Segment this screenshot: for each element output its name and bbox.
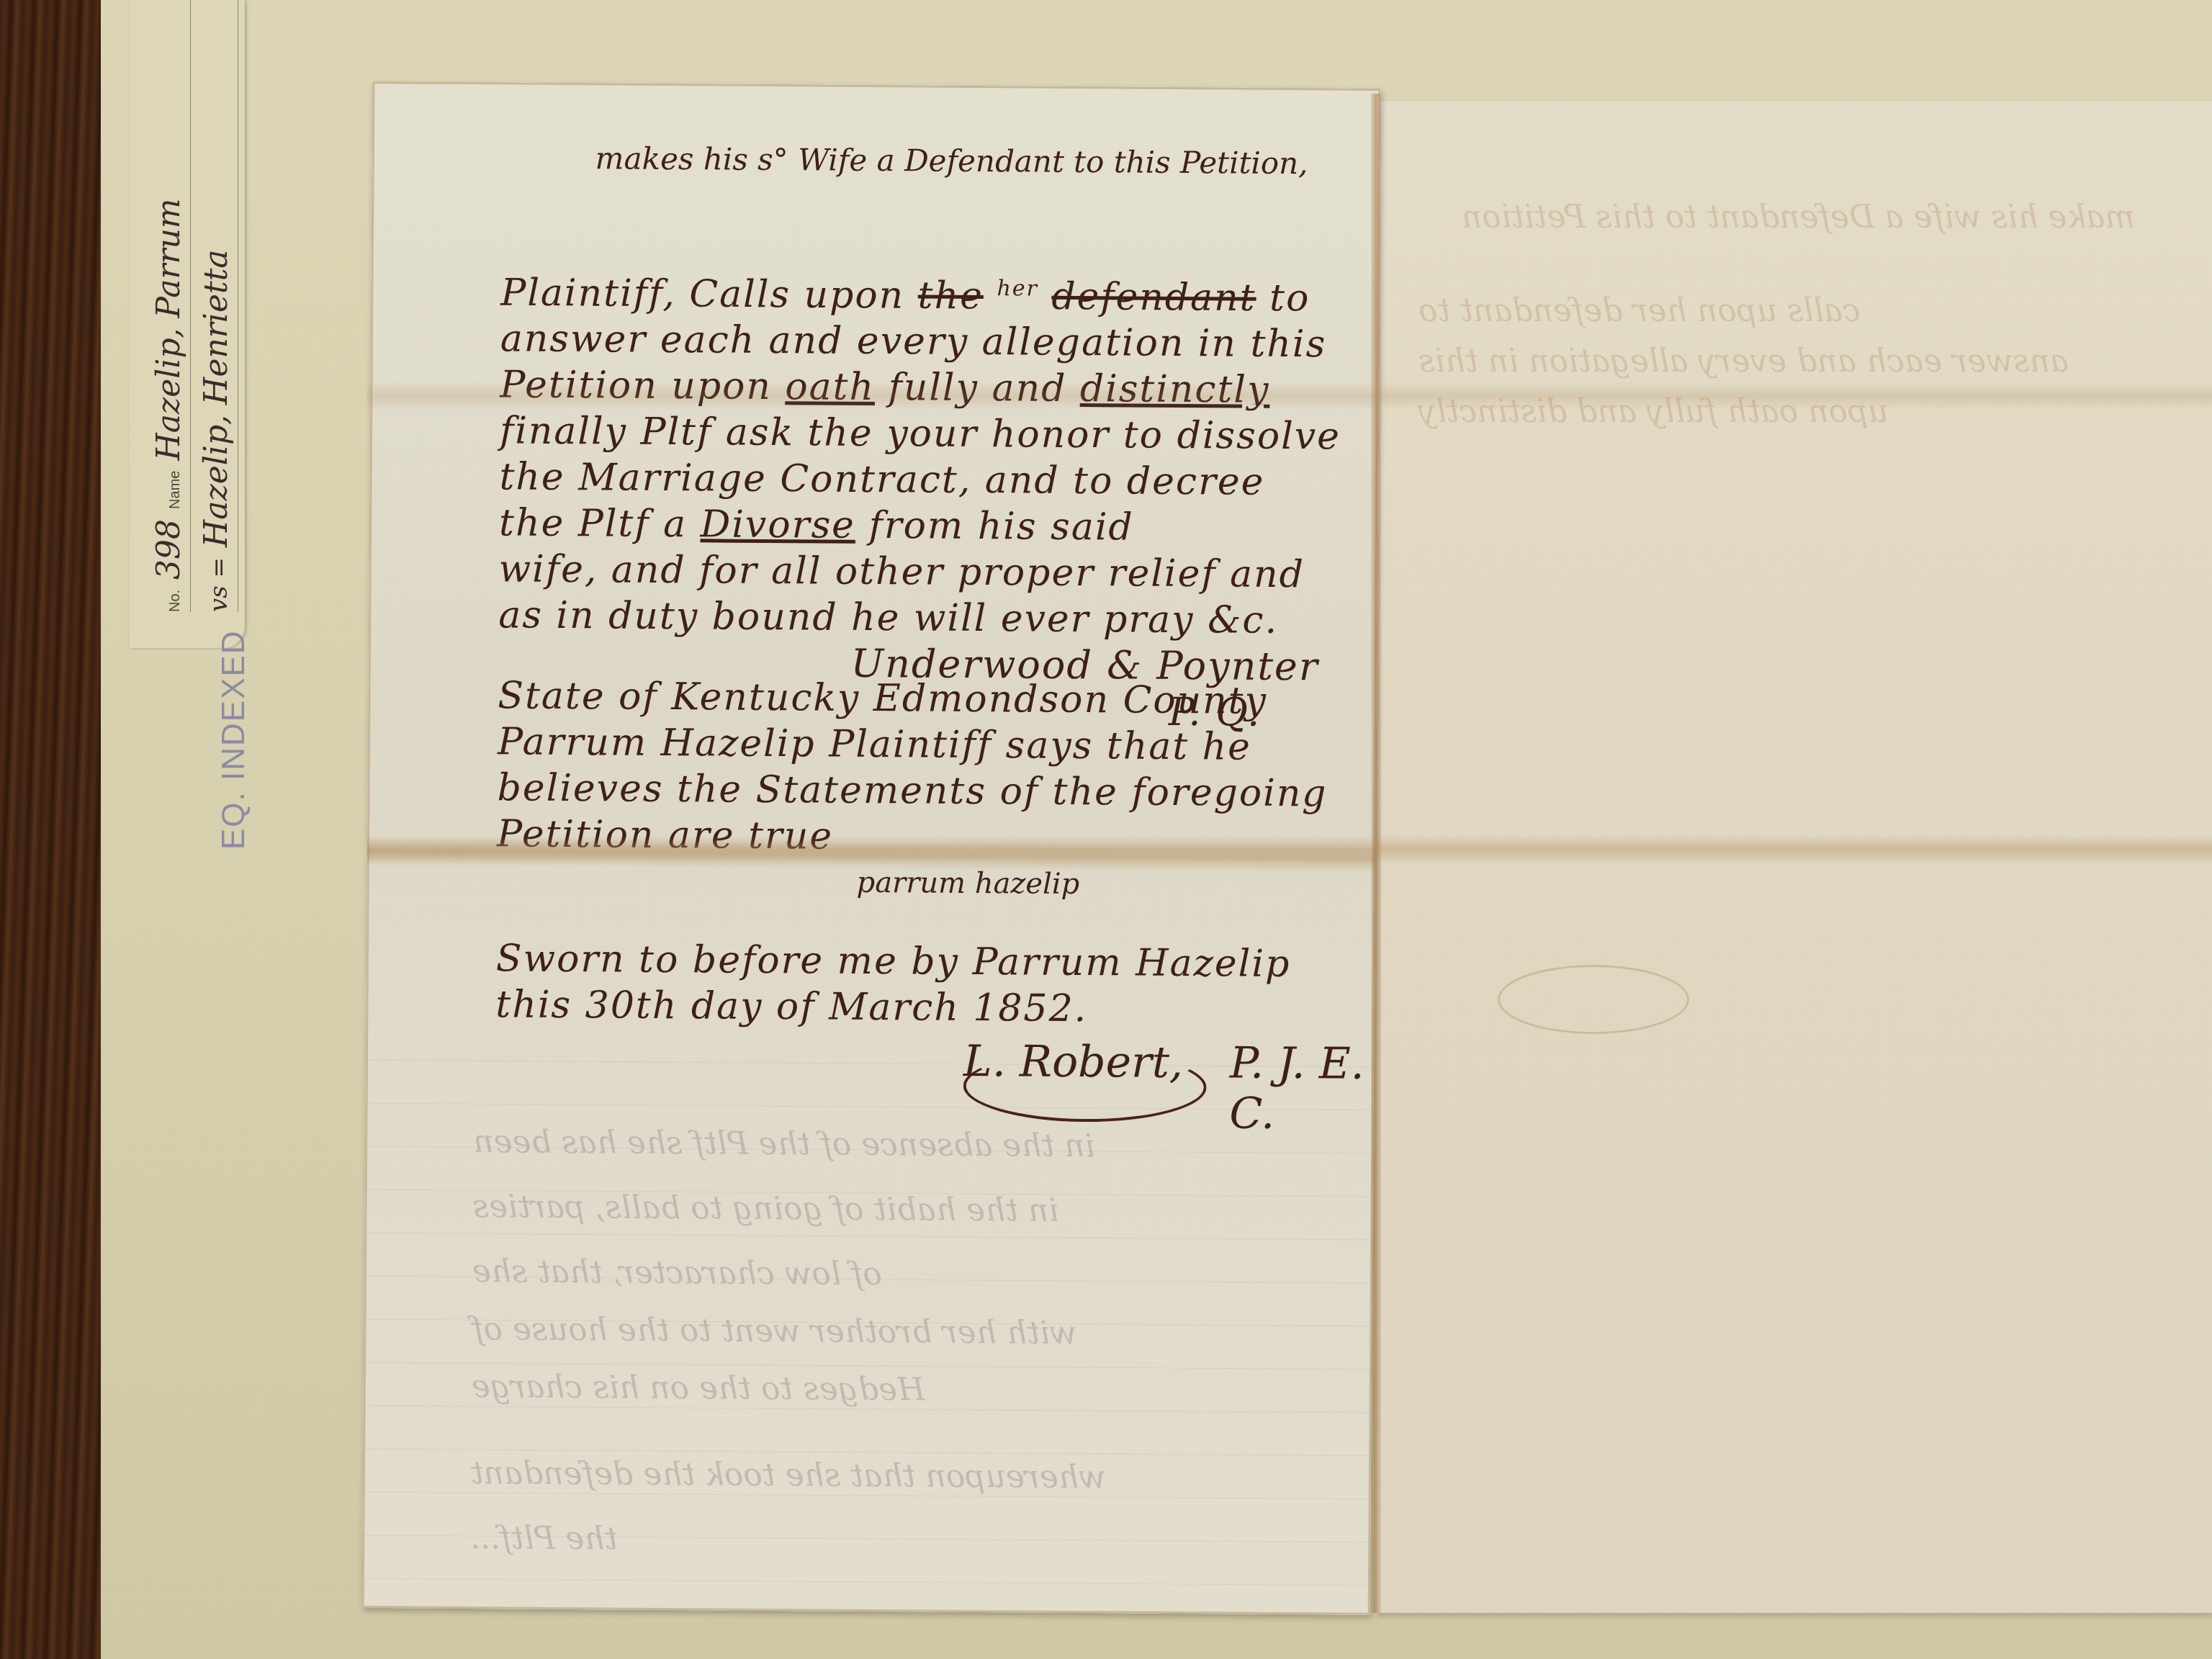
offset-ink-line: make his wife a Defendant to this Petiti… [1462,194,2135,240]
struck-word: defendant [1051,275,1256,320]
inserted-word: her [997,276,1038,301]
horizontal-fold-right [367,835,2212,864]
plaintiff-signature: parrum hazelip [857,866,1080,901]
bleed-through-line: Hedges to the on his charge [472,1364,925,1413]
petition-prayer-block: Plaintiff, Calls upon the her defendant … [498,262,1351,737]
vs-label: vs = [204,557,233,612]
offset-ink-line: answer each and every allegation in this [1419,338,2069,385]
bleed-through-line: with her brother went to the house of [472,1306,1077,1357]
petition-line-1: Plaintiff, Calls upon the her defendant … [500,262,1350,322]
defendant-name: Hazelip, Henrietta [198,249,235,547]
bleed-through-line: of low character, that she [472,1249,882,1298]
offset-ink-line: calls upon her defendant to [1419,288,1861,334]
folder-tab[interactable]: No. 398 Name Hazelip, Parrum vs = Hazeli… [130,0,245,648]
jurat-line-1: Sworn to before me by Parrum Hazelip [496,935,1346,987]
offset-signature-flourish [1498,965,1689,1034]
petition-line-2: answer each and every allegation in this [500,316,1350,368]
petition-line-5: the Marriage Contract, and to decree [499,454,1349,506]
bleed-through-line: in the habit of going to balls, parties [472,1184,1058,1234]
struck-word: the [917,274,984,318]
affidavit-line-2: Parrum Hazelip Plaintiff says that he [498,719,1347,770]
affidavit-block: State of Kentucky Edmondson County Parru… [497,673,1348,863]
jurat-line-2: this 30th day of March 1852. [495,981,1345,1033]
bleed-through-line: the Pltf... [470,1515,618,1562]
clerk-title: P. J. E. C. [1229,1038,1374,1139]
wood-table-surface [0,0,108,1659]
name-label: Name [167,471,184,509]
petition-line-6: the Pltf a Divorse from his said [499,500,1349,552]
bleed-through-line: in the absence of the Pltf she has been [473,1119,1095,1169]
bleed-through-line: whereupon that she took the defendant [471,1450,1106,1501]
affidavit-line-3: believes the Statements of the foregoing [497,765,1346,817]
case-number-label: No. [167,590,184,612]
jurat-block: Sworn to before me by Parrum Hazelip thi… [495,935,1346,1033]
case-number-value: 398 [150,519,187,580]
horizontal-fold-upper [367,382,2212,410]
folder-tab-label: No. 398 Name Hazelip, Parrum vs = Hazeli… [137,0,252,626]
eq-indexed-stamp: EQ. INDEXED [216,629,252,850]
plaintiff-name: Hazelip, Parrum [150,198,187,460]
petition-line-7: wife, and for all other proper relief an… [498,547,1348,598]
tab-defendant-row: vs = Hazelip, Henrietta [198,0,238,612]
petition-line-8: as in duty bound he will ever pray &c. [498,593,1348,644]
petition-heading-line: makes his s° Wife a Defendant to this Pe… [595,140,1308,181]
affidavit-line-1: State of Kentucky Edmondson County [498,673,1347,724]
tab-case-row: No. 398 Name Hazelip, Parrum [150,0,191,612]
petition-line-4: finally Pltf ask the your honor to disso… [500,408,1349,460]
